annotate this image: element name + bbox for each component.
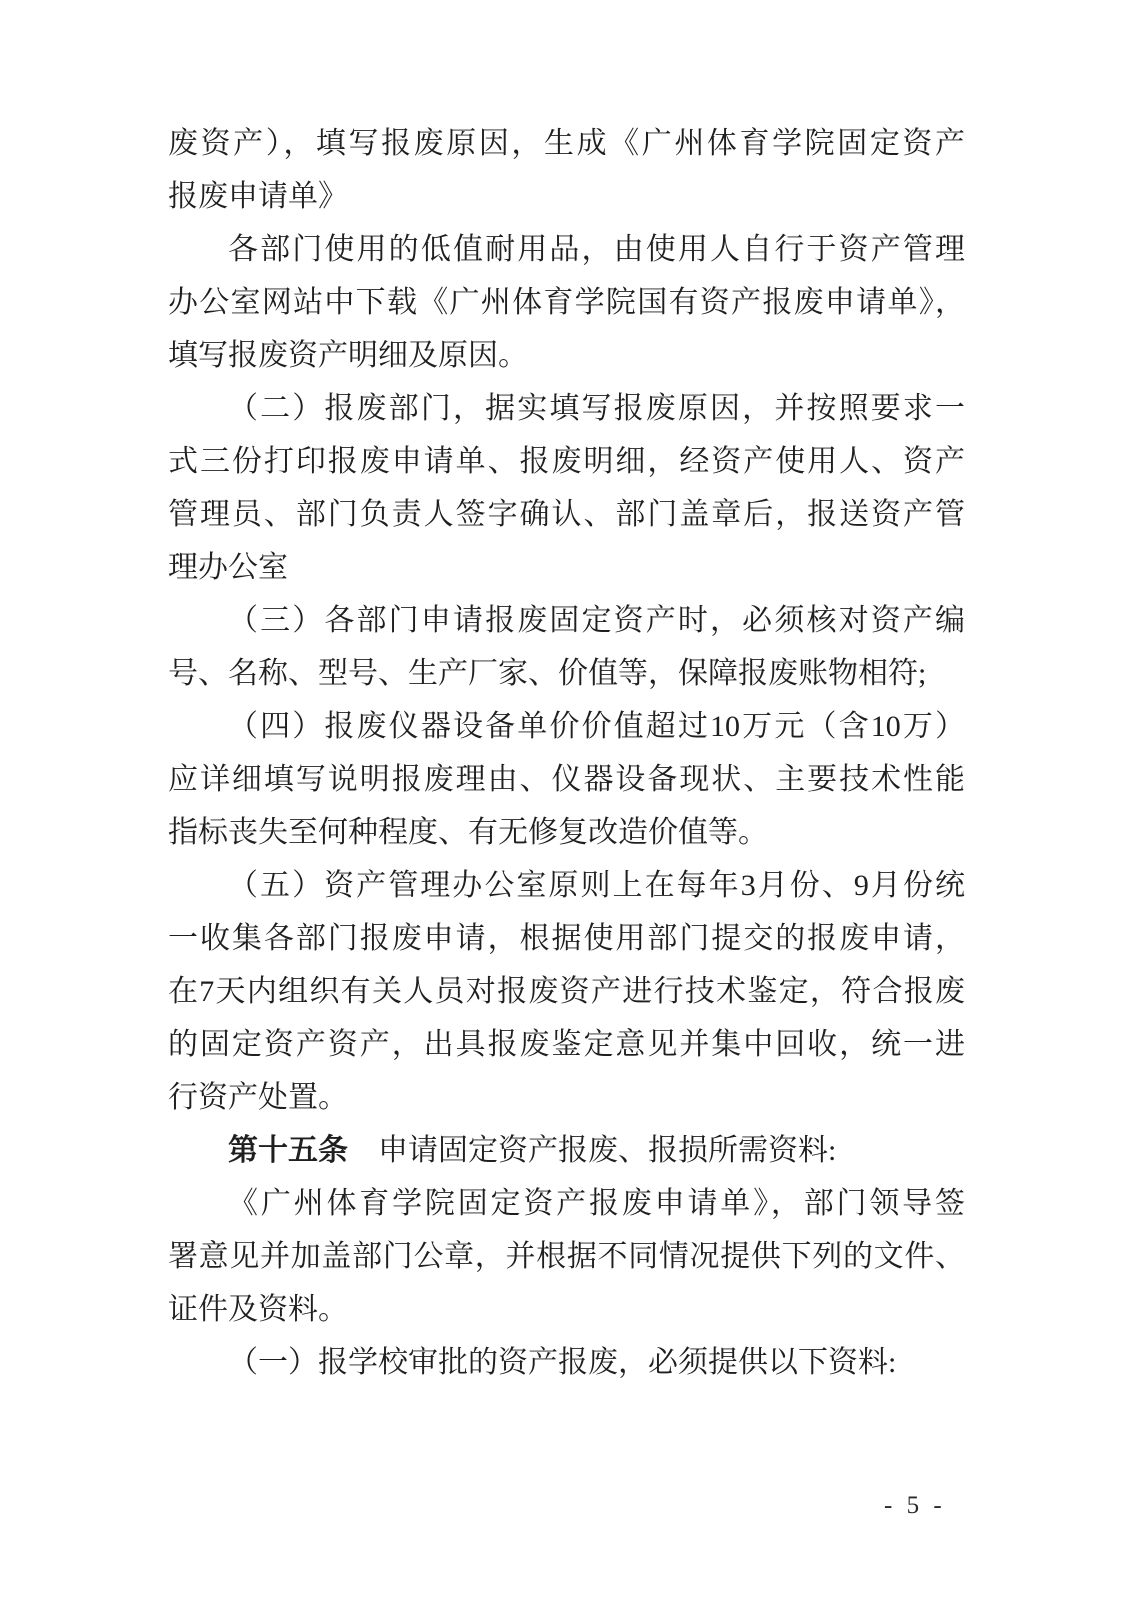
text-line: 署意见并加盖部门公章，并根据不同情况提供下列的文件、 (168, 1230, 965, 1283)
text-line: （五）资产管理办公室原则上在每年3月份、9月份统 (168, 859, 965, 912)
text-line: 填写报废资产明细及原因。 (168, 329, 965, 382)
text-line: 应详细填写说明报废理由、仪器设备现状、主要技术性能 (168, 753, 965, 806)
text-line: 指标丧失至何种程度、有无修复改造价值等。 (168, 806, 965, 859)
text-line: 式三份打印报废申请单、报废明细，经资产使用人、资产 (168, 435, 965, 488)
text-line: 办公室网站中下载《广州体育学院国有资产报废申请单》， (168, 276, 965, 329)
text-line: （四）报废仪器设备单价价值超过10万元（含10万） (168, 700, 965, 753)
article-number-bold: 第十五条 (228, 1134, 348, 1167)
document-page: 废资产），填写报废原因，生成《广州体育学院固定资产报废申请单》各部门使用的低值耐… (0, 0, 1131, 1600)
para-item-4: （四）报废仪器设备单价价值超过10万元（含10万）应详细填写说明报废理由、仪器设… (168, 700, 965, 859)
text-line: （二）报废部门，据实填写报废原因，并按照要求一 (168, 382, 965, 435)
text-line: 报废申请单》 (168, 170, 965, 223)
text-line: 《广州体育学院固定资产报废申请单》，部门领导签 (168, 1177, 965, 1230)
text-line: 行资产处置。 (168, 1071, 965, 1124)
text-line: 理办公室 (168, 541, 965, 594)
text-line: 号、名称、型号、生产厂家、价值等，保障报废账物相符; (168, 647, 965, 700)
para-item-2: （二）报废部门，据实填写报废原因，并按照要求一式三份打印报废申请单、报废明细，经… (168, 382, 965, 594)
para-item-1-school-approval: （一）报学校审批的资产报废，必须提供以下资料: (168, 1336, 965, 1389)
para-low-value-durables: 各部门使用的低值耐用品，由使用人自行于资产管理办公室网站中下载《广州体育学院国有… (168, 223, 965, 382)
text-line: 废资产），填写报废原因，生成《广州体育学院固定资产 (168, 117, 965, 170)
text-line: （三）各部门申请报废固定资产时，必须核对资产编 (168, 594, 965, 647)
text-line: 一收集各部门报废申请，根据使用部门提交的报废申请， (168, 912, 965, 965)
page-number: - 5 - (884, 1492, 946, 1520)
text-line: 的固定资产资产，出具报废鉴定意见并集中回收，统一进 (168, 1018, 965, 1071)
para-item-3: （三）各部门申请报废固定资产时，必须核对资产编号、名称、型号、生产厂家、价值等，… (168, 594, 965, 700)
text-line: 各部门使用的低值耐用品，由使用人自行于资产管理 (168, 223, 965, 276)
para-article-15: 第十五条 申请固定资产报废、报损所需资料: (168, 1124, 965, 1177)
text-line: 证件及资料。 (168, 1283, 965, 1336)
document-text-block: 废资产），填写报废原因，生成《广州体育学院固定资产报废申请单》各部门使用的低值耐… (168, 117, 965, 1389)
article-title-text: 申请固定资产报废、报损所需资料: (348, 1134, 836, 1167)
para-continued-from-previous-page: 废资产），填写报废原因，生成《广州体育学院固定资产报废申请单》 (168, 117, 965, 223)
para-application-form-requirements: 《广州体育学院固定资产报废申请单》，部门领导签署意见并加盖部门公章，并根据不同情… (168, 1177, 965, 1336)
text-line: 第十五条 申请固定资产报废、报损所需资料: (168, 1124, 965, 1177)
text-line: （一）报学校审批的资产报废，必须提供以下资料: (168, 1336, 965, 1389)
text-line: 管理员、部门负责人签字确认、部门盖章后，报送资产管 (168, 488, 965, 541)
text-line: 在7天内组织有关人员对报废资产进行技术鉴定，符合报废 (168, 965, 965, 1018)
para-item-5: （五）资产管理办公室原则上在每年3月份、9月份统一收集各部门报废申请，根据使用部… (168, 859, 965, 1124)
